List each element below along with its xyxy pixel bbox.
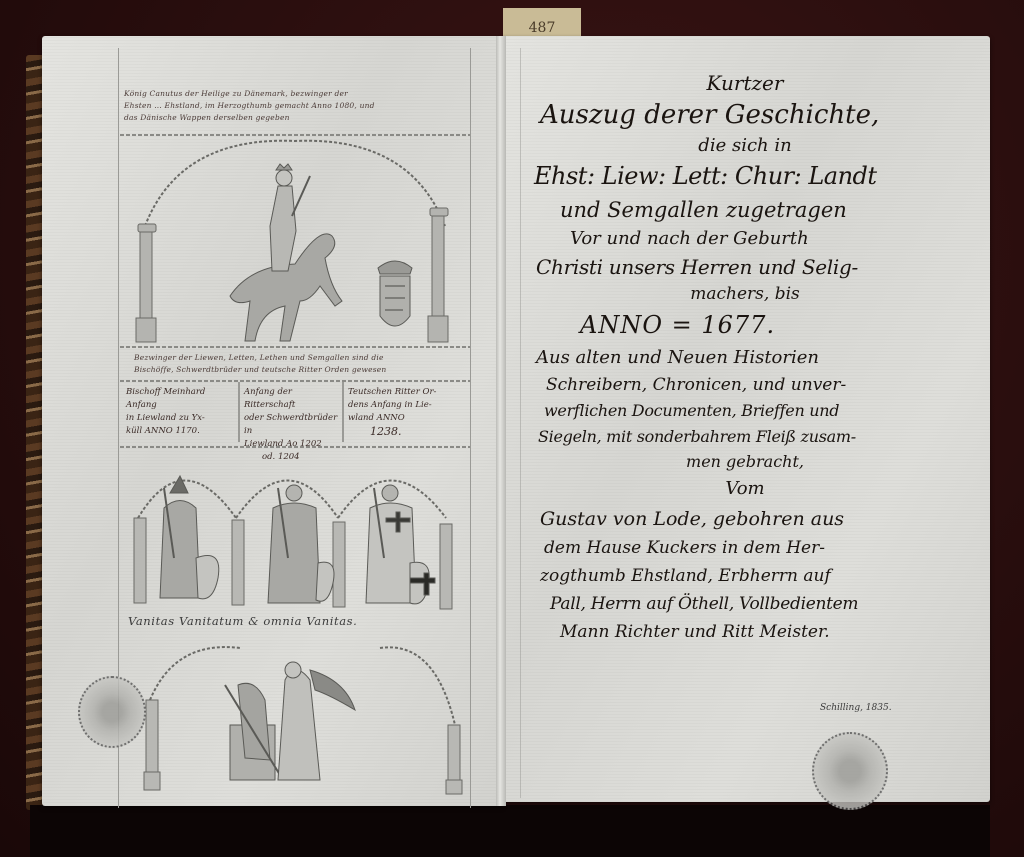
book-gutter xyxy=(496,36,506,806)
rope-border xyxy=(120,346,470,348)
copyist-signature: Schilling, 1835. xyxy=(820,703,892,713)
catalog-number: 487 xyxy=(529,20,556,36)
title-line: Christi unsers Herren und Selig- xyxy=(520,252,970,282)
caption-line: Ehsten ... Ehstland, im Herzogthumb gema… xyxy=(124,100,468,112)
title-line: Vom xyxy=(520,474,970,504)
caption-line: Bezwinger der Liewen, Letten, Lethen und… xyxy=(134,352,474,364)
danish-coat-of-arms xyxy=(378,261,412,326)
table-cell: Bischoff Meinhard Anfang in Liewland zu … xyxy=(126,386,236,438)
background-shadow xyxy=(30,805,990,857)
cell-line: 1238. xyxy=(348,425,468,438)
cell-line: Bischoff Meinhard Anfang xyxy=(126,386,236,412)
title-line: die sich in xyxy=(520,134,970,158)
cell-line: Anfang der Ritterschaft xyxy=(244,386,340,412)
author-line: Gustav von Lode, gebohren aus xyxy=(520,504,970,534)
panel1-caption: Bezwinger der Liewen, Letten, Lethen und… xyxy=(134,352,474,376)
king-on-horse-illustration xyxy=(120,136,470,346)
title-line: Schreibern, Chronicen, und unver- xyxy=(520,372,970,398)
library-seal-stamp xyxy=(812,732,888,810)
margin-rule xyxy=(470,48,471,808)
caption-line: das Dänische Wappen derselben gegeben xyxy=(124,112,468,124)
anno-date: ANNO = 1677. xyxy=(520,306,970,344)
caption-line: König Canutus der Heilige zu Dänemark, b… xyxy=(124,88,468,100)
title-line: Auszug derer Geschichte, xyxy=(520,96,970,134)
cell-line: küll ANNO 1170. xyxy=(126,425,236,438)
caption-line: Bischöffe, Schwerdtbrüder und teutsche R… xyxy=(134,364,474,376)
three-figures-illustration xyxy=(128,448,468,613)
cell-line: in Liewland zu Yx- xyxy=(126,412,236,425)
title-line: machers, bis xyxy=(520,282,970,306)
cell-line: wland ANNO xyxy=(348,412,468,425)
death-and-angel-illustration xyxy=(130,640,470,800)
title-line: Aus alten und Neuen Historien xyxy=(520,344,970,372)
cell-line: dens Anfang in Lie- xyxy=(348,399,468,412)
table-divider xyxy=(238,382,240,442)
title-line: Vor und nach der Geburth xyxy=(520,226,970,252)
cell-line: oder Schwerdtbrüder in xyxy=(244,412,340,438)
title-line: Kurtzer xyxy=(520,70,970,96)
title-page-text: Kurtzer Auszug derer Geschichte, die sic… xyxy=(520,70,970,646)
title-line: Mann Richter und Ritt Meister. xyxy=(520,618,970,646)
table-cell: Teutschen Ritter Or- dens Anfang in Lie-… xyxy=(348,386,468,438)
vanitas-motto: Vanitas Vanitatum & omnia Vanitas. xyxy=(128,614,468,628)
title-line: Ehst: Liew: Lett: Chur: Landt xyxy=(520,158,970,194)
cell-line: Teutschen Ritter Or- xyxy=(348,386,468,399)
title-line: und Semgallen zugetragen xyxy=(520,194,970,226)
title-line: dem Hause Kuckers in dem Her- xyxy=(520,534,970,562)
table-divider xyxy=(342,382,344,442)
title-line: werflichen Documenten, Brieffen und xyxy=(520,398,970,424)
rope-border xyxy=(120,380,470,382)
title-line: zogthumb Ehstland, Erbherrn auf xyxy=(520,562,970,590)
catalog-label: 487 xyxy=(503,8,581,38)
title-line: Pall, Herrn auf Öthell, Vollbedientem xyxy=(520,590,970,618)
library-seal-stamp xyxy=(78,676,146,748)
title-line: men gebracht, xyxy=(520,450,970,474)
top-caption: König Canutus der Heilige zu Dänemark, b… xyxy=(124,88,468,124)
title-line: Siegeln, mit sonderbahrem Fleiß zusam- xyxy=(520,424,970,450)
